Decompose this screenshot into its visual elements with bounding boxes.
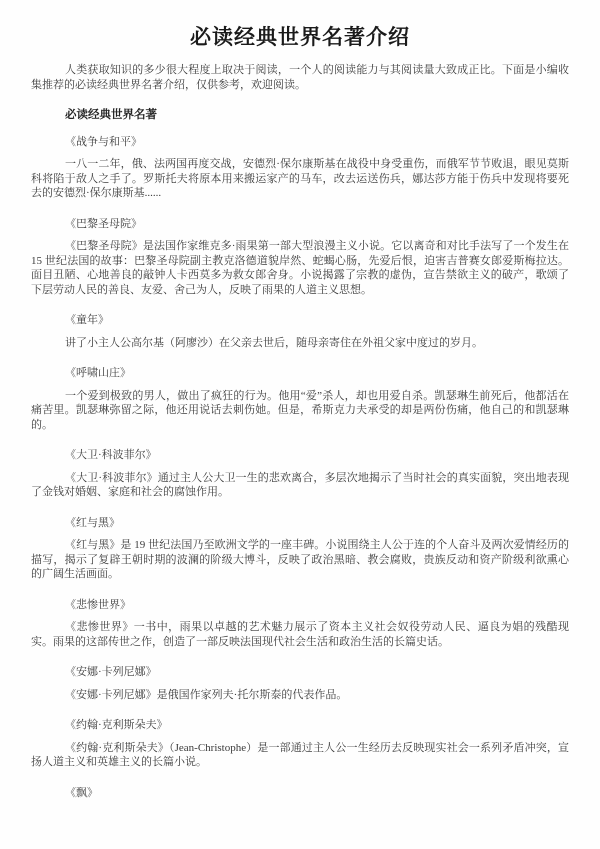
document-page: 必读经典世界名著介绍 人类获取知识的多少很大程度上取决于阅读，一个人的阅读能力与… (0, 0, 600, 849)
book-description-david-copperfield: 《大卫·科波菲尔》通过主人公大卫一生的悲欢离合，多层次地揭示了当时社会的真实面貌… (31, 471, 569, 500)
book-title-jean-christophe: 《约翰·克利斯朵夫》 (31, 718, 569, 733)
book-title-notre-dame: 《巴黎圣母院》 (31, 217, 569, 232)
book-description-wuthering-heights: 一个爱到极致的男人，做出了疯狂的行为。他用“爱”杀人，却也用爱自杀。凯瑟琳生前死… (31, 389, 569, 433)
book-description-red-and-black: 《红与黑》是 19 世纪法国乃至欧洲文学的一座丰碑。小说围绕主人公于连的个人奋斗… (31, 538, 569, 582)
book-title-anna-karenina: 《安娜·卡列尼娜》 (31, 665, 569, 680)
book-title-les-miserables: 《悲惨世界》 (31, 598, 569, 613)
page-title: 必读经典世界名著介绍 (31, 26, 569, 48)
book-title-gone-with-the-wind: 《飘》 (31, 786, 569, 801)
book-title-red-and-black: 《红与黑》 (31, 516, 569, 531)
book-description-anna-karenina: 《安娜·卡列尼娜》是俄国作家列夫·托尔斯泰的代表作品。 (31, 688, 569, 703)
book-title-david-copperfield: 《大卫·科波菲尔》 (31, 448, 569, 463)
book-description-notre-dame: 《巴黎圣母院》是法国作家维克多·雨果第一部大型浪漫主义小说。它以离奇和对比手法写… (31, 239, 569, 297)
book-title-wuthering-heights: 《呼啸山庄》 (31, 366, 569, 381)
book-description-les-miserables: 《悲惨世界》一书中，雨果以卓越的艺术魅力展示了资本主义社会奴役劳动人民、逼良为娼… (31, 620, 569, 649)
book-description-jean-christophe: 《约翰·克利斯朵夫》（Jean-Christophe）是一部通过主人公一生经历去… (31, 741, 569, 770)
intro-paragraph: 人类获取知识的多少很大程度上取决于阅读，一个人的阅读能力与其阅读量大致成正比。下… (31, 63, 569, 92)
book-description-childhood: 讲了小主人公高尔基（阿廖沙）在父亲去世后，随母亲寄住在外祖父家中度过的岁月。 (31, 336, 569, 351)
book-description-war-and-peace: 一八一二年，俄、法两国再度交战，安德烈·保尔康斯基在战役中身受重伤，而俄军节节败… (31, 157, 569, 201)
section-heading: 必读经典世界名著 (31, 108, 569, 123)
book-title-childhood: 《童年》 (31, 313, 569, 328)
book-title-war-and-peace: 《战争与和平》 (31, 135, 569, 150)
